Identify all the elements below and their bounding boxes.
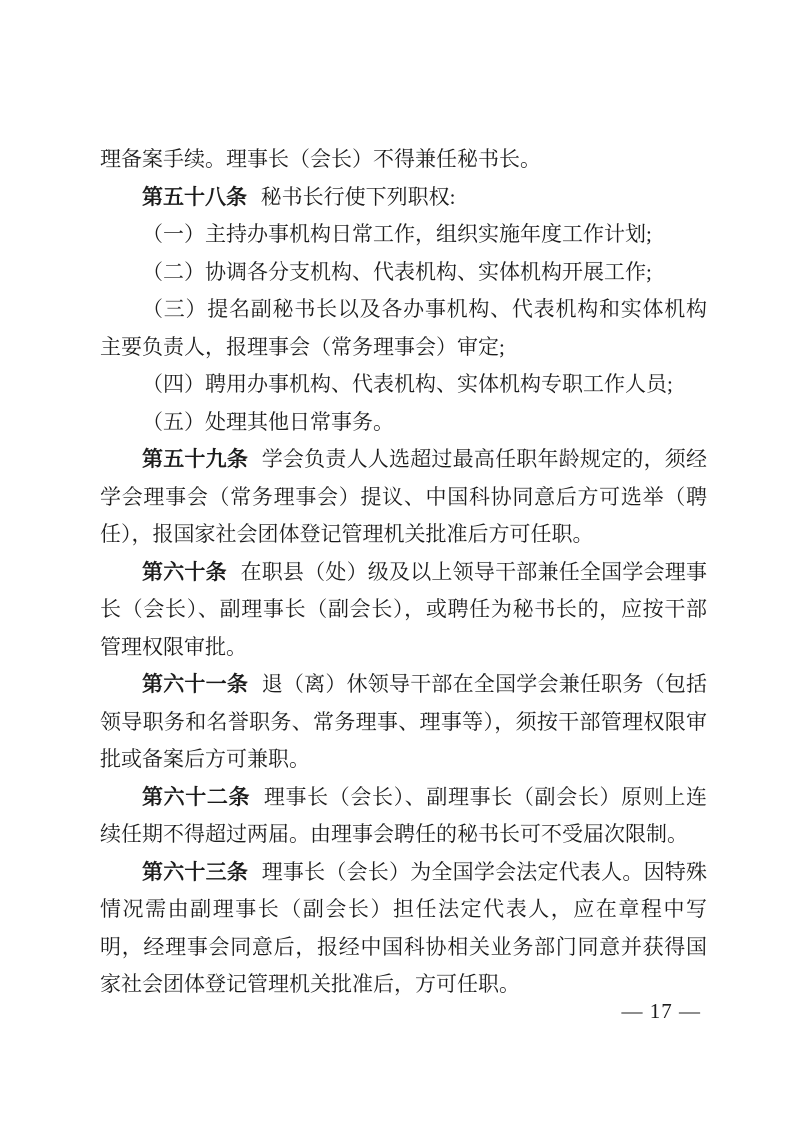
- article-number: 第六十三条: [142, 860, 248, 884]
- article-number: 第六十条: [142, 560, 227, 584]
- paragraph-text: （一）主持办事机构日常工作，组织实施年度工作计划;: [142, 222, 652, 246]
- paragraph-article-62: 第六十二条理事长（会长）、副理事长（副会长）原则上连续任期不得超过两届。由理事会…: [100, 779, 707, 854]
- paragraph-article-59: 第五十九条学会负责人人选超过最高任职年龄规定的，须经学会理事会（常务理事会）提议…: [100, 441, 707, 554]
- paragraph-item-2: （二）协调各分支机构、代表机构、实体机构开展工作;: [100, 254, 707, 292]
- paragraph-continuation: 理备案手续。理事长（会长）不得兼任秘书长。: [100, 141, 707, 179]
- paragraph-item-4: （四）聘用办事机构、代表机构、实体机构专职工作人员;: [100, 366, 707, 404]
- paragraph-item-3: （三）提名副秘书长以及各办事机构、代表机构和实体机构主要负责人，报理事会（常务理…: [100, 291, 707, 366]
- paragraph-text: （四）聘用办事机构、代表机构、实体机构专职工作人员;: [142, 372, 673, 396]
- article-number: 第五十九条: [142, 447, 248, 471]
- paragraph-text: （三）提名副秘书长以及各办事机构、代表机构和实体机构主要负责人，报理事会（常务理…: [100, 297, 707, 359]
- document-page: 理备案手续。理事长（会长）不得兼任秘书长。 第五十八条秘书长行使下列职权: （一…: [0, 0, 793, 1122]
- article-number: 第五十八条: [142, 185, 247, 209]
- paragraph-text: 秘书长行使下列职权:: [261, 185, 456, 209]
- paragraph-item-5: （五）处理其他日常事务。: [100, 404, 707, 442]
- paragraph-article-61: 第六十一条退（离）休领导干部在全国学会兼任职务（包括领导职务和名誉职务、常务理事…: [100, 666, 707, 779]
- article-number: 第六十二条: [142, 785, 250, 809]
- paragraph-item-1: （一）主持办事机构日常工作，组织实施年度工作计划;: [100, 216, 707, 254]
- article-number: 第六十一条: [142, 672, 248, 696]
- paragraph-text: 理备案手续。理事长（会长）不得兼任秘书长。: [100, 147, 541, 171]
- paragraph-article-58: 第五十八条秘书长行使下列职权:: [100, 179, 707, 217]
- paragraph-text: （二）协调各分支机构、代表机构、实体机构开展工作;: [142, 260, 652, 284]
- paragraph-text: （五）处理其他日常事务。: [142, 410, 394, 434]
- paragraph-article-60: 第六十条在职县（处）级及以上领导干部兼任全国学会理事长（会长）、副理事长（副会长…: [100, 554, 707, 667]
- page-number: — 17 —: [622, 1000, 702, 1022]
- paragraph-article-63: 第六十三条理事长（会长）为全国学会法定代表人。因特殊情况需由副理事长（副会长）担…: [100, 854, 707, 1004]
